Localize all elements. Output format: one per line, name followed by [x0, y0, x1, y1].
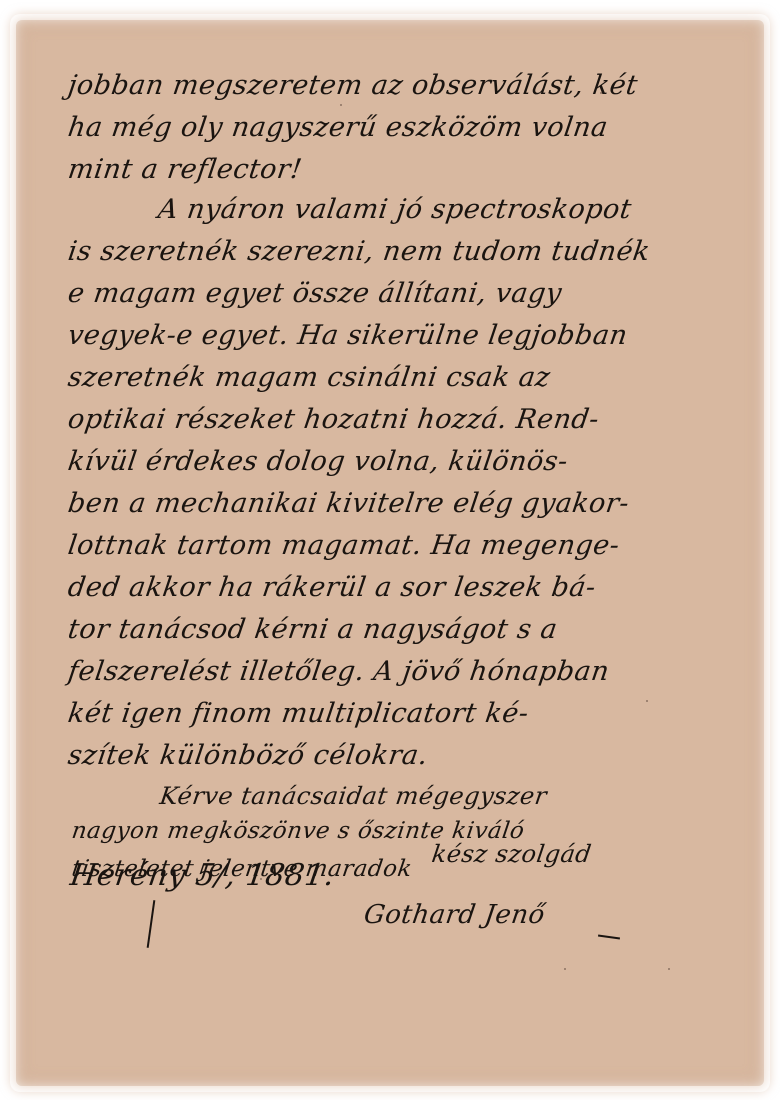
letter-line: jobban megszeretem az observálást, két: [66, 70, 640, 101]
letter-line: szeretnék magam csinálni csak az: [66, 362, 552, 393]
letter-line: ben a mechanikai kivitelre elég gyakor-: [66, 488, 631, 519]
paper-speck: [600, 92, 602, 94]
letter-closing: kész szolgád: [430, 840, 593, 868]
letter-line: is szeretnék szerezni, nem tudom tudnék: [66, 236, 652, 267]
letter-date: Herény 5/, 1881.: [68, 858, 337, 893]
letter-line: ha még oly nagyszerű eszközöm volna: [66, 112, 610, 143]
letter-signature: Gothard Jenő: [362, 900, 547, 930]
letter-line: két igen finom multiplicatort ké-: [66, 698, 531, 729]
letter-line: optikai részeket hozatni hozzá. Rend-: [66, 404, 601, 435]
letter-line: mint a reflector!: [66, 154, 304, 185]
paper-speck: [646, 700, 648, 702]
letter-line: A nyáron valami jó spectroskopot: [156, 194, 634, 225]
letter-line: felszerelést illetőleg. A jövő hónapban: [66, 656, 611, 687]
paper-speck: [260, 878, 262, 880]
letter-line: e magam egyet össze állítani, vagy: [66, 278, 564, 309]
paper-speck: [564, 968, 566, 970]
letter-line: szítek különböző célokra.: [66, 740, 430, 771]
letter-body: jobban megszeretem az observálást, két h…: [66, 70, 726, 830]
paper-speck: [340, 104, 342, 106]
letter-line: ded akkor ha rákerül a sor leszek bá-: [66, 572, 598, 603]
letter-line: lottnak tartom magamat. Ha megenge-: [66, 530, 622, 561]
letter-line: kívül érdekes dolog volna, különös-: [66, 446, 570, 477]
paper-speck: [668, 968, 670, 970]
letter-line: vegyek-e egyet. Ha sikerülne legjobban: [66, 320, 630, 351]
letter-line: tor tanácsod kérni a nagyságot s a: [66, 614, 560, 645]
letter-line: Kérve tanácsaidat mégegyszer: [158, 782, 549, 810]
